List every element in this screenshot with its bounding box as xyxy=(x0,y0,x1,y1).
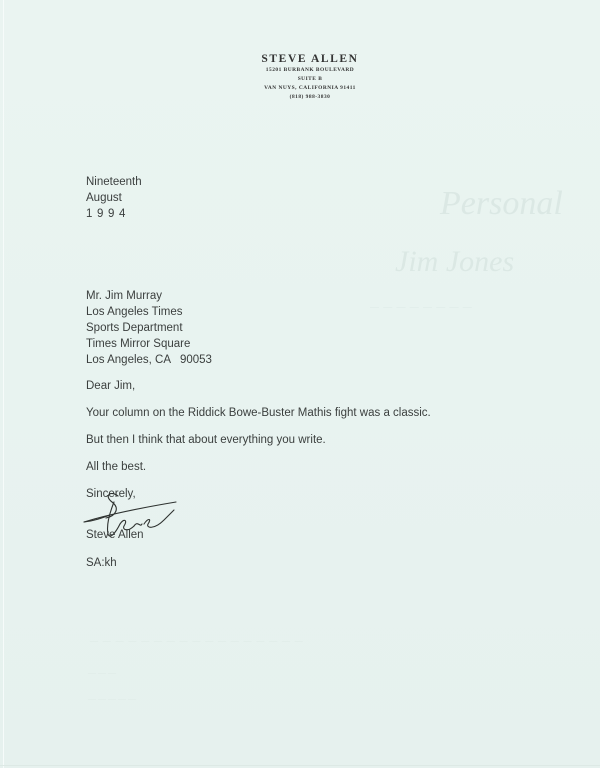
paper-edge-bottom xyxy=(0,765,600,766)
typist-initials: SA:kh xyxy=(86,555,117,571)
recipient-city: Los Angeles, CA 90053 xyxy=(86,352,212,368)
recipient-department: Sports Department xyxy=(86,320,212,336)
recipient-address: Mr. Jim Murray Los Angeles Times Sports … xyxy=(86,288,212,368)
letter-date: Nineteenth August 1994 xyxy=(86,174,142,222)
letterhead-phone: (818) 988-3830 xyxy=(220,93,400,102)
body-paragraph: Your column on the Riddick Bowe-Buster M… xyxy=(86,405,431,421)
date-day: Nineteenth xyxy=(86,174,142,190)
bleed-through-mark: Jim Jones xyxy=(395,245,514,279)
letterhead: STEVE ALLEN 15201 BURBANK BOULEVARD SUIT… xyxy=(220,52,400,102)
bleed-through-mark: — — — xyxy=(88,668,116,677)
date-year: 1994 xyxy=(86,206,142,222)
body-paragraph: All the best. xyxy=(86,459,146,475)
paper-edge-left xyxy=(3,0,4,768)
letterhead-name: STEVE ALLEN xyxy=(220,52,400,66)
letter-paper: Personal Jim Jones — — — — — — — — — — —… xyxy=(0,0,600,768)
letterhead-suite: SUITE B xyxy=(220,75,400,84)
bleed-through-mark: Personal xyxy=(440,185,563,223)
date-month: August xyxy=(86,190,142,206)
signature-name: Steve Allen xyxy=(86,527,144,543)
letterhead-city: VAN NUYS, CALIFORNIA 91411 xyxy=(220,84,400,93)
recipient-name: Mr. Jim Murray xyxy=(86,288,212,304)
body-paragraph: But then I think that about everything y… xyxy=(86,432,326,448)
bleed-through-mark: — — — — — — — — — — — — — — — — — xyxy=(90,636,304,645)
bleed-through-mark: — — — — — — — — xyxy=(370,302,473,312)
salutation: Dear Jim, xyxy=(86,378,135,394)
recipient-organization: Los Angeles Times xyxy=(86,304,212,320)
recipient-street: Times Mirror Square xyxy=(86,336,212,352)
letterhead-street: 15201 BURBANK BOULEVARD xyxy=(220,66,400,75)
bleed-through-mark: — — — — — xyxy=(88,694,136,703)
